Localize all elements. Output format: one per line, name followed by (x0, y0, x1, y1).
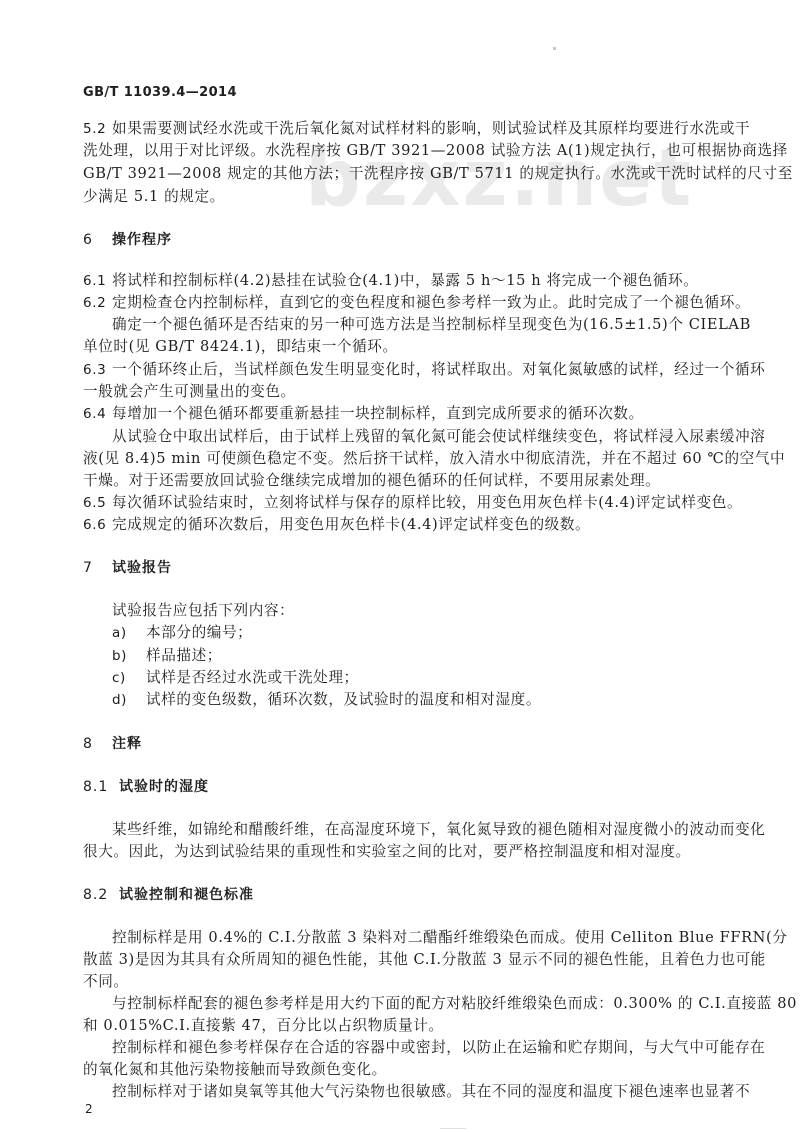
clause-8-2-p2-line-1: 与控制标样配套的褪色参考样是用大约下面的配方对粘胶纤维缎染色而成：0.300% … (112, 993, 728, 1015)
report-intro: 试验报告应包括下列内容： (112, 600, 294, 622)
clause-number: 5.2 (83, 118, 112, 140)
section-8-heading: 8注释 (83, 733, 142, 755)
clause-6-2-line-1: 6.2定期检查仓内控制标样，直到它的变色程度和褪色参考样一致为止。此时完成了一个… (83, 292, 728, 314)
clause-6-3-line-1: 6.3一个循环终止后，当试样颜色发生明显变化时，将试样取出。对氧化氮敏感的试样，… (83, 359, 728, 381)
clause-8-2-p1-line-3: 不同。 (83, 971, 728, 993)
clause-6-4-line-3: 液(见 8.4)5 min 可使颜色稳定不变。然后挤干试样，放入清水中彻底清洗，… (83, 448, 728, 470)
report-item-b: b)样品描述； (112, 645, 222, 667)
section-6-heading: 6操作程序 (83, 229, 172, 251)
clause-6-3-line-2: 一般就会产生可测量出的变色。 (83, 381, 728, 403)
clause-6-4-line-4: 干燥。对于还需要放回试验仓继续完成增加的褪色循环的任何试样，不要用尿素处理。 (83, 470, 728, 492)
clause-8-2-p3-line-2: 的氧化氮和其他污染物接触而导致颜色变化。 (83, 1059, 728, 1081)
scan-artifact (440, 1128, 466, 1129)
clause-5-2-line-1: 5.2如果需要测试经水洗或干洗后氧化氮对试样材料的影响，则试验试样及其原样均要进… (83, 118, 728, 140)
clause-6-6: 6.6完成规定的循环次数后，用变色用灰色样卡(4.4)评定试样变色的级数。 (83, 514, 728, 536)
clause-8-2-p2-line-2: 和 0.015%C.I.直接紫 47，百分比以占织物质量计。 (83, 1015, 728, 1037)
clause-6-5: 6.5每次循环试验结束时，立刻将试样与保存的原样比较，用变色用灰色样卡(4.4)… (83, 492, 728, 514)
clause-5-2-line-2: 洗处理，以用于对比评级。水洗程序按 GB/T 3921—2008 试验方法 A(… (83, 140, 728, 162)
clause-8-1-line-1: 某些纤维，如锦纶和醋酸纤维，在高湿度环境下，氧化氮导致的褪色随相对湿度微小的波动… (112, 819, 728, 841)
clause-8-2-p1-line-1: 控制标样是用 0.4%的 C.I.分散蓝 3 染料对二醋酯纤维缎染色而成。使用 … (112, 927, 728, 949)
clause-8-2-p4-line-1: 控制标样对于诸如臭氧等其他大气污染物也很敏感。其在不同的湿度和温度下褪色速率也显… (112, 1081, 728, 1103)
document-code: GB/T 11039.4—2014 (83, 85, 237, 100)
clause-5-2-line-4: 少满足 5.1 的规定。 (83, 186, 728, 208)
section-7-heading: 7试验报告 (83, 557, 172, 579)
clause-6-4-line-2: 从试验仓中取出试样后，由于试样上残留的氧化氮可能会使试样继续变色，将试样浸入尿素… (112, 426, 728, 448)
clause-6-2-line-3: 单位时(见 GB/T 8424.1)，即结束一个循环。 (83, 336, 728, 358)
clause-8-1-line-2: 很大。因此，为达到试验结果的重现性和实验室之间的比对，要严格控制温度和相对湿度。 (83, 841, 728, 863)
page-number: 2 (85, 1102, 93, 1116)
report-item-a: a)本部分的编号； (112, 622, 252, 644)
clause-6-2-line-2: 确定一个褪色循环是否结束的另一种可选方法是当控制标样呈现变色为(16.5±1.5… (112, 314, 728, 336)
scan-artifact (553, 47, 556, 50)
clause-8-2-p3-line-1: 控制标样和褪色参考样保存在合适的容器中或密封，以防止在运输和贮存期间，与大气中可… (112, 1037, 728, 1059)
subsection-8-1-heading: 8.1试验时的湿度 (83, 776, 209, 798)
subsection-8-2-heading: 8.2试验控制和褪色标准 (83, 884, 254, 906)
clause-8-2-p1-line-2: 散蓝 3)是因为其具有众所周知的褪色性能，其他 C.I.分散蓝 3 显示不同的褪… (83, 949, 728, 971)
document-page: bzxz.net GB/T 11039.4—2014 5.2如果需要测试经水洗或… (0, 0, 800, 1132)
report-item-d: d)试样的变色级数，循环次数，及试验时的温度和相对湿度。 (112, 689, 541, 711)
report-item-c: c)试样是否经过水洗或干洗处理； (112, 667, 359, 689)
clause-5-2-line-3: GB/T 3921—2008 规定的其他方法；干洗程序按 GB/T 5711 的… (83, 163, 728, 185)
clause-6-1: 6.1将试样和控制标样(4.2)悬挂在试验仓(4.1)中，暴露 5 h～15 h… (83, 270, 728, 292)
clause-6-4-line-1: 6.4每增加一个褪色循环都要重新悬挂一块控制标样，直到完成所要求的循环次数。 (83, 403, 728, 425)
